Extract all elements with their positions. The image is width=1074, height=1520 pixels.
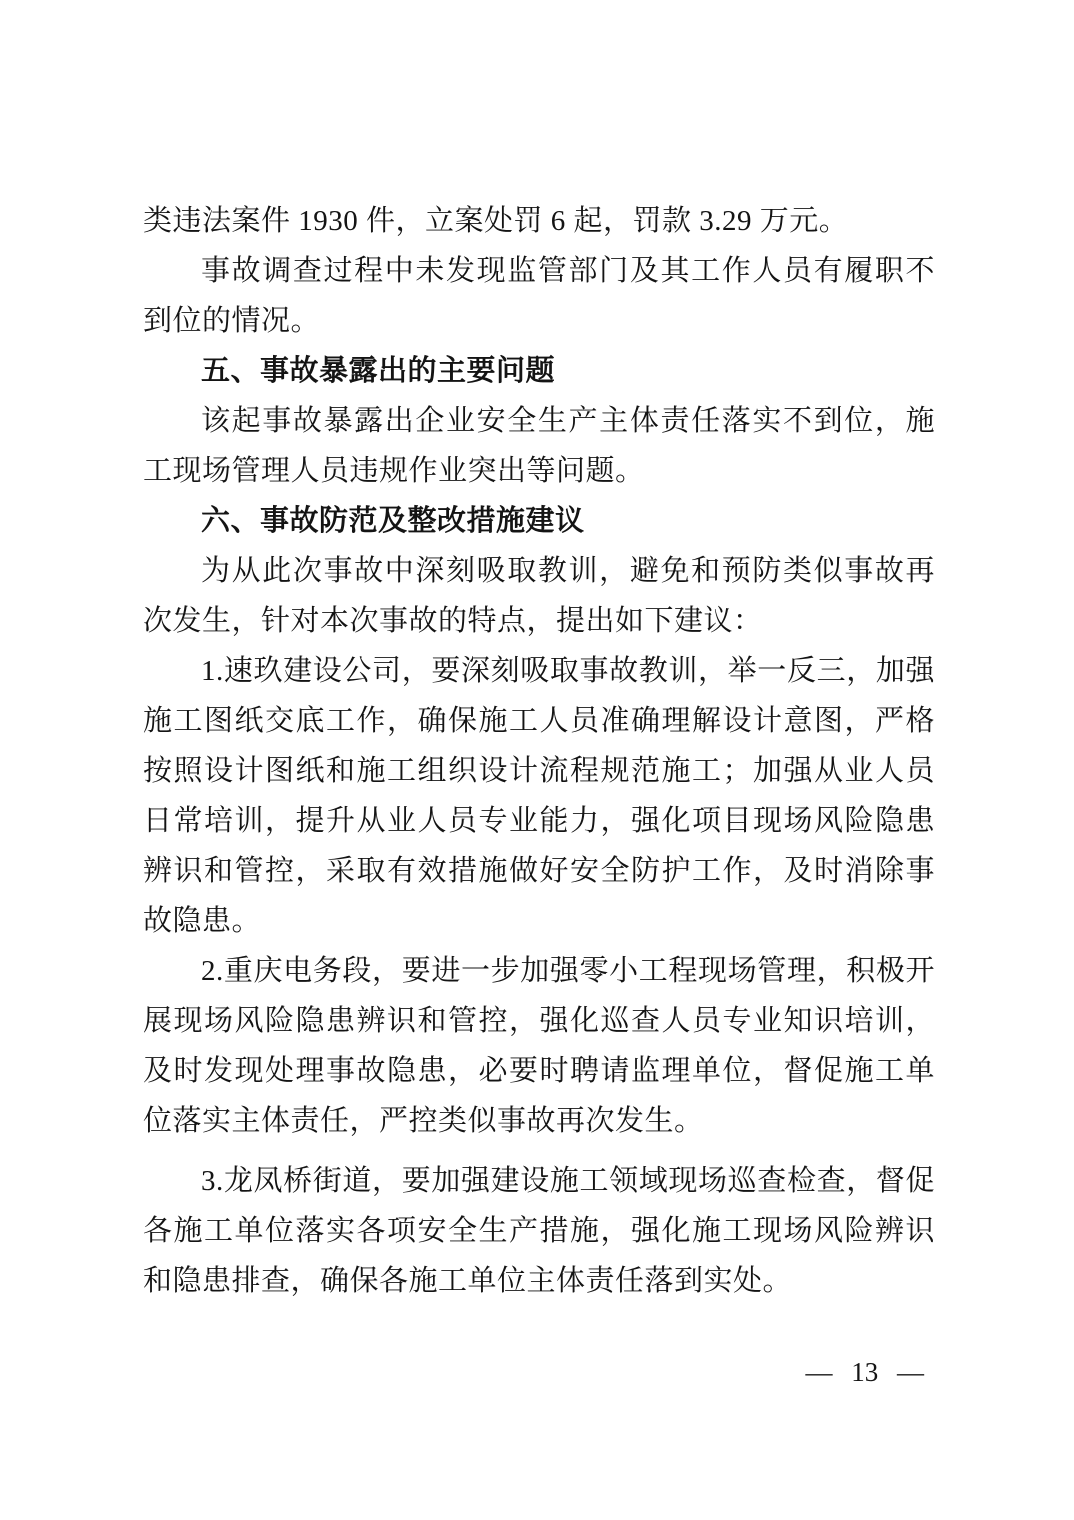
- document-body: 类违法案件 1930 件，立案处罚 6 起，罚款 3.29 万元。 事故调查过程…: [143, 196, 935, 1306]
- paragraph-problems-exposed: 该起事故暴露出企业安全生产主体责任落实不到位，施工现场管理人员违规作业突出等问题…: [143, 396, 935, 496]
- paragraph-lessons-intro: 为从此次事故中深刻吸取教训，避免和预防类似事故再次发生，针对本次事故的特点，提出…: [143, 546, 935, 646]
- paragraph-continuation-fines: 类违法案件 1930 件，立案处罚 6 起，罚款 3.29 万元。: [143, 196, 935, 246]
- page-number: — 13 —: [806, 1352, 925, 1392]
- document-page: 类违法案件 1930 件，立案处罚 6 起，罚款 3.29 万元。 事故调查过程…: [0, 0, 1074, 1520]
- paragraph-suggestion-2-chongqing-depot: 2.重庆电务段，要进一步加强零小工程现场管理，积极开展现场风险隐患辨识和管控，强…: [143, 946, 935, 1146]
- paragraph-suggestion-3-longfengqiao-street: 3.龙凤桥街道，要加强建设施工领域现场巡查检查，督促各施工单位落实各项安全生产措…: [143, 1156, 935, 1306]
- section-heading-6-prevention-measures: 六、事故防范及整改措施建议: [143, 496, 935, 546]
- paragraph-supervision-finding: 事故调查过程中未发现监管部门及其工作人员有履职不到位的情况。: [143, 246, 935, 346]
- paragraph-suggestion-1-sujiu-company: 1.速玖建设公司，要深刻吸取事故教训，举一反三，加强施工图纸交底工作，确保施工人…: [143, 646, 935, 946]
- section-heading-5-problems-exposed: 五、事故暴露出的主要问题: [143, 346, 935, 396]
